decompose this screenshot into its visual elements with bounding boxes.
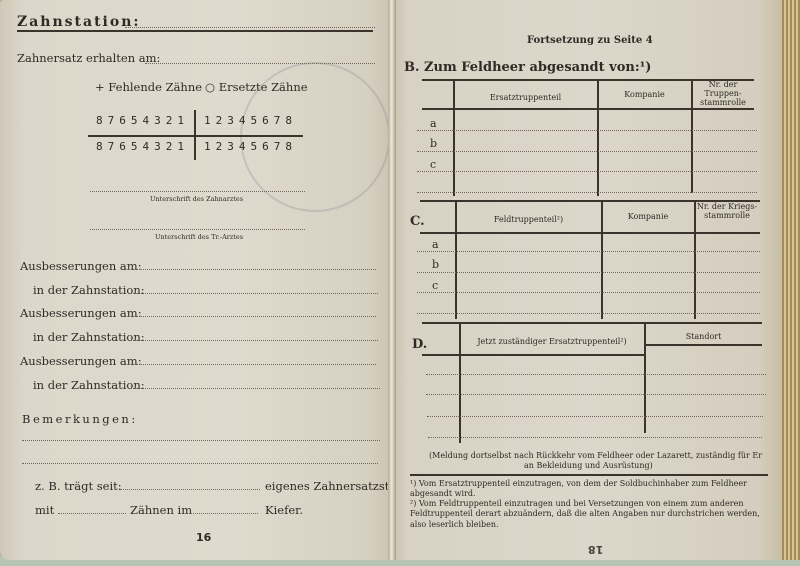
section-c-row-c[interactable] xyxy=(417,292,760,293)
denture-received-field[interactable] xyxy=(145,63,375,64)
section-b-col-ersatztruppenteil: Ersatztruppenteil xyxy=(454,93,597,102)
repairs-3-station-label: in der Zahnstation: xyxy=(33,378,145,392)
circle-icon: ○ xyxy=(205,80,215,94)
section-b-col-kompanie: Kompanie xyxy=(598,90,691,99)
page-number-right: 18 xyxy=(588,543,603,556)
section-d-header-rule xyxy=(422,354,644,356)
section-c-row-b-label: b xyxy=(432,258,439,271)
heading-zahnstation: Zahnstation: xyxy=(17,14,141,30)
repairs-1-date-field[interactable] xyxy=(128,269,376,270)
section-d-row-4[interactable] xyxy=(428,437,762,438)
denture-received-label: Zahnersatz erhalten am: xyxy=(17,51,160,65)
tooth-chart-upper-right[interactable]: 12345678 xyxy=(204,114,297,127)
doctor-signature-label: Unterschrift des Tr.-Arztes xyxy=(155,233,243,241)
repairs-1-station-label: in der Zahnstation: xyxy=(33,283,145,297)
tooth-chart-lower-right[interactable]: 12345678 xyxy=(204,140,297,153)
section-d-letter: D. xyxy=(412,337,427,352)
footnote-1-line-1: ¹) Vom Ersatztruppenteil einzutragen, vo… xyxy=(410,479,747,489)
repairs-2-date-field[interactable] xyxy=(128,316,376,317)
section-c-row-c-label: c xyxy=(432,279,438,292)
footnote-2-line-1: ²) Vom Feldtruppenteil einzutragen und b… xyxy=(410,499,743,509)
section-d-col-standort: Standort xyxy=(645,332,762,341)
repairs-2-station-field[interactable] xyxy=(128,340,378,341)
section-c-col-kompanie: Kompanie xyxy=(602,212,694,221)
jaw-field[interactable] xyxy=(190,513,258,514)
page-number-left: 16 xyxy=(196,531,211,544)
repairs-1-label: Ausbesserungen am: xyxy=(20,259,142,273)
tooth-chart-horizontal-line xyxy=(88,135,303,137)
section-c-row-a[interactable] xyxy=(417,251,760,252)
book-spine xyxy=(388,0,396,560)
replaced-teeth-legend: ○ Ersetzte Zähne xyxy=(205,80,308,94)
footnote-1-line-2: abgesandt wird. xyxy=(410,489,476,499)
tooth-count-field[interactable] xyxy=(58,513,126,514)
remarks-line-1[interactable] xyxy=(22,440,380,441)
section-d-top-rule xyxy=(422,322,762,324)
section-c-col-feldtruppenteil: Feldtruppenteil²) xyxy=(456,215,601,224)
repairs-3-date-field[interactable] xyxy=(128,364,376,365)
section-c-letter: C. xyxy=(410,214,425,229)
doctor-signature-field[interactable] xyxy=(90,229,305,230)
section-c-row-extra[interactable] xyxy=(417,313,760,314)
footnote-2-line-3: also leserlich bleiben. xyxy=(410,520,499,530)
section-b-row-a-label: a xyxy=(430,117,437,130)
section-d-row-1[interactable] xyxy=(426,374,766,375)
tooth-chart-vertical-line xyxy=(194,110,196,160)
section-b-col-stammrolle: Nr. der Truppen-stammrolle xyxy=(692,80,754,107)
wears-since-label: z. B. trägt seit: xyxy=(35,479,122,493)
continuation-heading: Fortsetzung zu Seite 4 xyxy=(527,35,653,46)
repairs-3-station-field[interactable] xyxy=(128,388,380,389)
section-d-standort-underline xyxy=(645,344,762,346)
page-edges xyxy=(782,0,800,560)
section-b-row-a[interactable] xyxy=(417,130,757,131)
dentist-signature-label: Unterschrift des Zahnarztes xyxy=(150,195,243,203)
jaw-label: Kiefer. xyxy=(265,503,303,517)
dentist-signature-field[interactable] xyxy=(90,191,305,192)
tooth-chart-lower-left[interactable]: 87654321 xyxy=(96,140,189,153)
wears-since-field[interactable] xyxy=(120,489,260,490)
repairs-3-label: Ausbesserungen am: xyxy=(20,354,142,368)
left-page: Zahnstation: Zahnersatz erhalten am: + F… xyxy=(0,0,392,560)
section-b-row-b[interactable] xyxy=(417,151,757,152)
report-note-line-1: (Meldung dortselbst nach Rückkehr vom Fe… xyxy=(429,451,762,461)
right-page: Fortsetzung zu Seite 4 B. Zum Feldheer a… xyxy=(392,0,790,560)
remarks-label: Bemerkungen: xyxy=(22,412,138,426)
tooth-chart-upper-left[interactable]: 87654321 xyxy=(96,114,189,127)
zahnstation-field[interactable] xyxy=(125,27,375,28)
repairs-2-label: Ausbesserungen am: xyxy=(20,306,142,320)
section-c-row-b[interactable] xyxy=(417,272,760,273)
replaced-teeth-label: Ersetzte Zähne xyxy=(219,80,308,94)
missing-teeth-legend: + Fehlende Zähne xyxy=(95,80,202,94)
section-b-header-rule xyxy=(422,108,754,110)
section-b-row-b-label: b xyxy=(430,137,437,150)
section-c-header-rule xyxy=(420,232,760,234)
open-paybook: Zahnstation: Zahnersatz erhalten am: + F… xyxy=(0,0,800,566)
teeth-in-label: Zähnen im xyxy=(130,503,192,517)
heading-underline xyxy=(17,30,373,32)
footnote-divider xyxy=(410,474,768,476)
repairs-1-station-field[interactable] xyxy=(128,293,378,294)
section-c-row-a-label: a xyxy=(432,238,439,251)
section-b-row-extra[interactable] xyxy=(417,192,757,193)
with-label: mit xyxy=(35,503,54,517)
report-note-line-2: an Bekleidung und Ausrüstung) xyxy=(524,461,653,471)
section-d-col-ersatztruppenteil: Jetzt zuständiger Ersatztruppenteil²) xyxy=(460,337,644,346)
footnote-2-line-2: Feldtruppenteil derart abzuändern, daß d… xyxy=(410,509,760,519)
repairs-2-station-label: in der Zahnstation: xyxy=(33,330,145,344)
section-b-row-c[interactable] xyxy=(417,171,757,172)
section-c-col-stammrolle: Nr. der Kriegs-stammrolle xyxy=(695,202,759,220)
remarks-line-2[interactable] xyxy=(22,463,378,464)
section-b-row-c-label: c xyxy=(430,158,436,171)
missing-teeth-label: Fehlende Zähne xyxy=(108,80,202,94)
section-d-row-2[interactable] xyxy=(426,394,766,395)
section-d-row-3[interactable] xyxy=(427,416,763,417)
plus-icon: + xyxy=(95,80,105,94)
section-b-title: B. Zum Feldheer abgesandt von:¹) xyxy=(404,60,651,75)
